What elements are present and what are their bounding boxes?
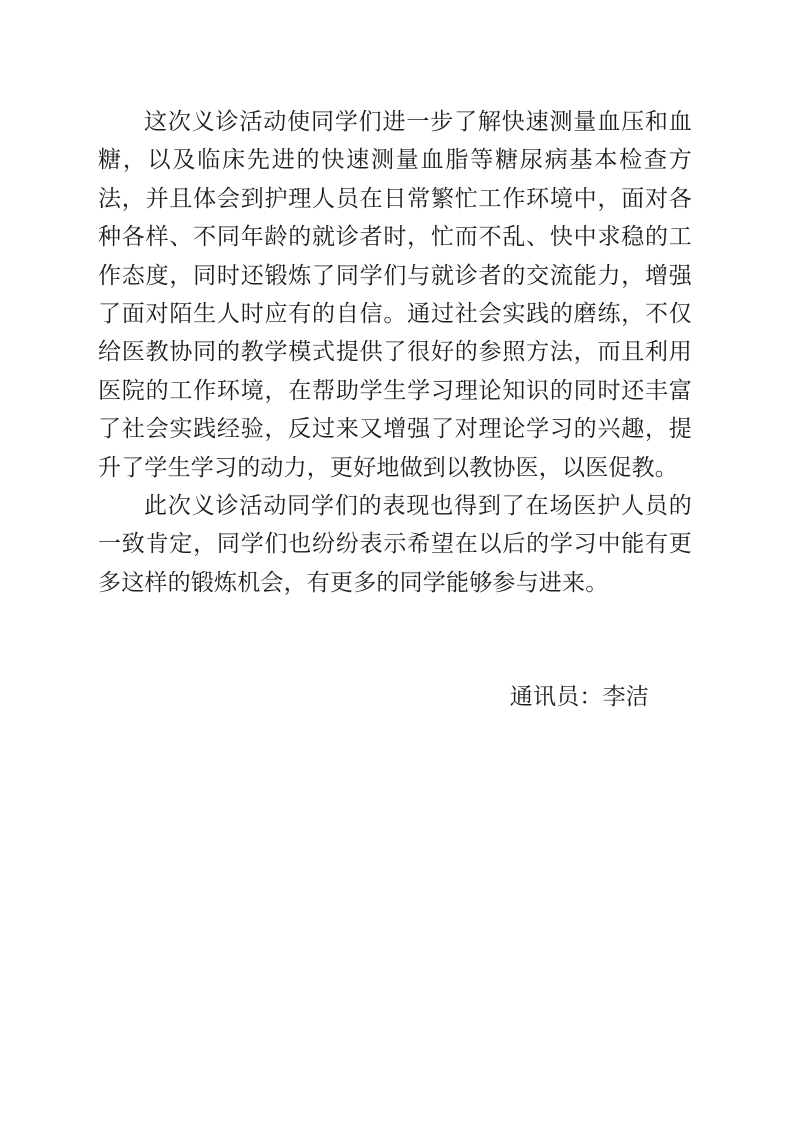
document-page: 这次义诊活动使同学们进一步了解快速测量血压和血糖，以及临床先进的快速测量血脂等糖… xyxy=(0,0,793,1122)
correspondent-signature: 通讯员：李洁 xyxy=(98,678,692,716)
paragraph-activity-summary: 这次义诊活动使同学们进一步了解快速测量血压和血糖，以及临床先进的快速测量血脂等糖… xyxy=(98,103,692,487)
paragraph-recognition: 此次义诊活动同学们的表现也得到了在场医护人员的一致肯定，同学们也纷纷表示希望在以… xyxy=(98,487,692,602)
document-body: 这次义诊活动使同学们进一步了解快速测量血压和血糖，以及临床先进的快速测量血脂等糖… xyxy=(98,103,692,717)
